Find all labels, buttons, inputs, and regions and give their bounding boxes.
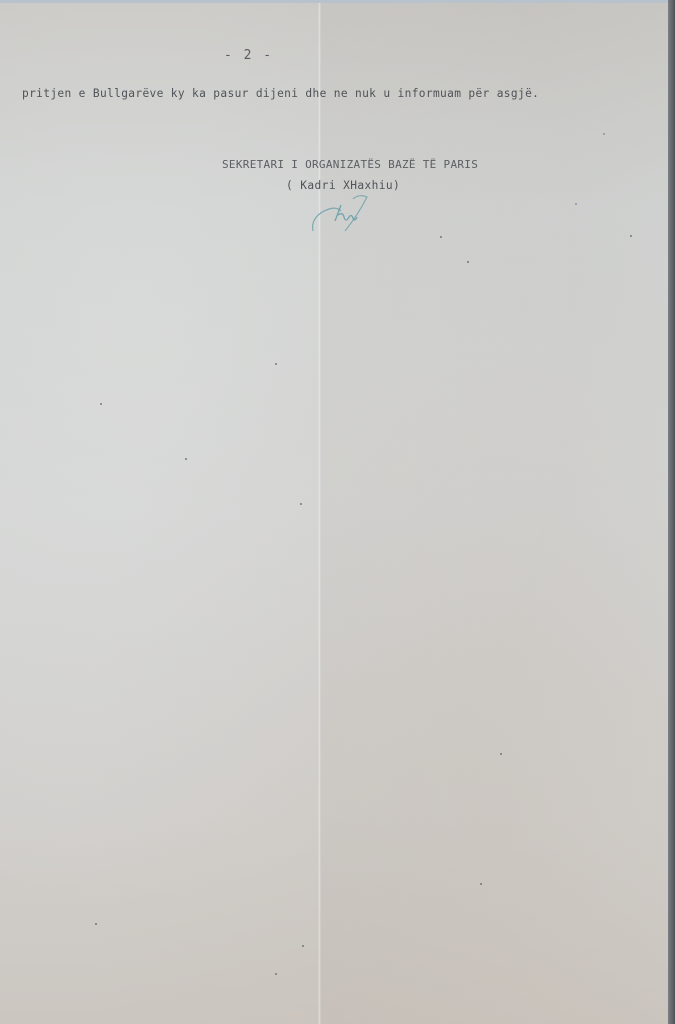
paper-speck <box>95 923 97 925</box>
paper-speck <box>500 753 502 755</box>
paper-speck <box>603 133 605 135</box>
paper-shading <box>321 3 668 1024</box>
body-text-line: pritjen e Bullgarëve ky ka pasur dijeni … <box>22 87 539 100</box>
paper-speck <box>467 261 469 263</box>
background-edge <box>668 0 675 1024</box>
paper-speck <box>275 973 277 975</box>
paper-speck <box>575 203 577 205</box>
paper-speck <box>275 363 277 365</box>
document-page: - 2 - pritjen e Bullgarëve ky ka pasur d… <box>0 3 668 1024</box>
paper-speck <box>440 236 442 238</box>
paper-speck <box>100 403 102 405</box>
paper-speck <box>480 883 482 885</box>
handwritten-signature-icon <box>305 191 375 236</box>
paper-fold <box>318 3 321 1024</box>
paper-speck <box>185 458 187 460</box>
page-number: - 2 - <box>224 48 273 63</box>
paper-speck <box>300 503 302 505</box>
paper-speck <box>302 945 304 947</box>
signature-title: SEKRETARI I ORGANIZATËS BAZË TË PARIS <box>222 158 478 171</box>
paper-speck <box>630 235 632 237</box>
